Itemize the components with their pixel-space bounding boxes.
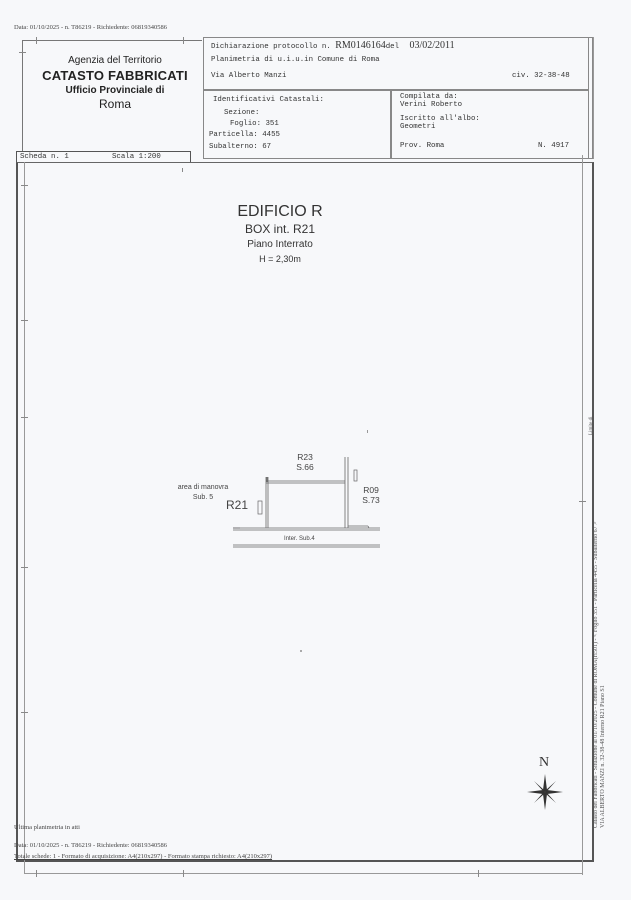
- floor-level: Piano Interrato: [200, 239, 360, 250]
- province: Prov. Roma: [400, 142, 444, 150]
- window-symbol: [354, 470, 357, 481]
- frame-tick: [478, 870, 479, 877]
- particella-label: Particella:: [209, 131, 258, 139]
- north-label: N: [539, 755, 549, 771]
- frame-tick: [21, 567, 28, 568]
- frame-tick: [183, 870, 184, 877]
- sezione-field: Sezione:: [224, 109, 259, 117]
- protocol-date: 03/02/2011: [410, 40, 455, 51]
- frame-tick: [21, 417, 28, 418]
- r23-label: R23 S.66: [290, 452, 320, 472]
- inner-frame-bottom: [24, 873, 583, 874]
- r09-name: R09: [356, 485, 386, 495]
- ceiling-height: H = 2,30m: [200, 254, 360, 264]
- subalterno-label: Subalterno:: [209, 143, 258, 151]
- subalterno-field: Subalterno: 67: [209, 143, 271, 151]
- r09-label: R09 S.73: [356, 485, 386, 505]
- frame-tick: [21, 320, 28, 321]
- agency-office: Ufficio Provinciale di: [30, 85, 200, 96]
- r09-sub: S.73: [356, 495, 386, 505]
- compiled-by-label: Compilata da:: [400, 93, 458, 101]
- frame-tick: [36, 870, 37, 877]
- side-text-line2: VIA ALBERTO MANZI n. 32-38-48 Interno R2…: [600, 685, 606, 828]
- plan-mark: [367, 430, 368, 433]
- compass-star-icon: [525, 772, 565, 812]
- compiler-name: Verini Roberto: [400, 101, 462, 109]
- foglio-label: Foglio:: [230, 120, 261, 128]
- sezione-label: Sezione:: [224, 109, 259, 117]
- r23-name: R23: [290, 452, 320, 462]
- frame-tick: [36, 37, 37, 44]
- header-right-edge: [593, 37, 594, 159]
- r21-label: R21: [222, 500, 252, 510]
- frame-tick: [19, 52, 26, 53]
- particella-value: 4455: [262, 131, 280, 139]
- door-symbol: [258, 501, 262, 514]
- unit-name: BOX int. R21: [200, 222, 360, 236]
- plan-mark: [300, 650, 302, 652]
- subalterno-value: 67: [262, 143, 271, 151]
- street-address: Via Alberto Manzi: [211, 72, 286, 80]
- inner-frame-left: [24, 162, 25, 874]
- maneuver-line1: area di manovra: [163, 483, 243, 493]
- register-label: Iscritto all'albo:: [400, 115, 480, 123]
- agency-department: CATASTO FABBRICATI: [30, 68, 200, 83]
- frame-tick: [579, 501, 586, 502]
- frame-tick: [183, 37, 184, 44]
- side-text-line1: Catasto dei Fabbricati - Situazione al 0…: [593, 521, 599, 828]
- last-plan-note: Ultima planimetria in atti: [14, 824, 80, 831]
- request-metadata: Data: 01/10/2025 - n. T86219 - Richieden…: [14, 24, 167, 31]
- agency-block: Agenzia del Territorio CATASTO FABBRICAT…: [30, 55, 200, 111]
- civic-number: civ. 32-38-48: [512, 72, 570, 80]
- frame-tick: [21, 185, 28, 186]
- frame-top-left: [22, 40, 202, 41]
- foglio-field: Foglio: 351: [230, 120, 279, 128]
- protocol-label: Dichiarazione protocollo n.: [211, 43, 331, 51]
- building-name: EDIFICIO R: [200, 203, 360, 221]
- inner-frame-right: [582, 155, 583, 875]
- frame-tick: [182, 168, 183, 172]
- footer-request-line: Data: 01/10/2025 - n. T86219 - Richieden…: [14, 842, 167, 849]
- foglio-value: 351: [265, 120, 278, 128]
- plan-municipality: Planimetria di u.i.u.in Comune di Roma: [211, 56, 380, 64]
- agency-name: Agenzia del Territorio: [30, 55, 200, 66]
- drawing-title-block: EDIFICIO R BOX int. R21 Piano Interrato …: [200, 203, 360, 264]
- frame-left-top: [22, 40, 23, 152]
- register-value: Geometri: [400, 123, 435, 131]
- frame-tick: [21, 712, 28, 713]
- registration-number: N. 4917: [538, 142, 569, 150]
- drawing-scale: Scala 1:200: [112, 153, 161, 161]
- protocol-number: RM0146164: [335, 40, 386, 51]
- cadastral-heading: Identificativi Catastali:: [213, 96, 324, 104]
- particella-field: Particella: 4455: [209, 131, 280, 139]
- sheet-number: Scheda n. 1: [20, 153, 69, 161]
- footer-sheets-line: Totale schede: 1 - Formato di acquisizio…: [14, 853, 272, 860]
- north-compass: N: [525, 755, 565, 815]
- agency-city: Roma: [30, 97, 200, 111]
- side-mark-label: Limite di: [589, 417, 594, 435]
- corridor-label: Inter. Sub.4: [284, 536, 315, 542]
- protocol-del: del: [386, 43, 399, 51]
- protocol-line: Dichiarazione protocollo n. RM0146164del…: [211, 40, 455, 51]
- r23-sub: S.66: [290, 462, 320, 472]
